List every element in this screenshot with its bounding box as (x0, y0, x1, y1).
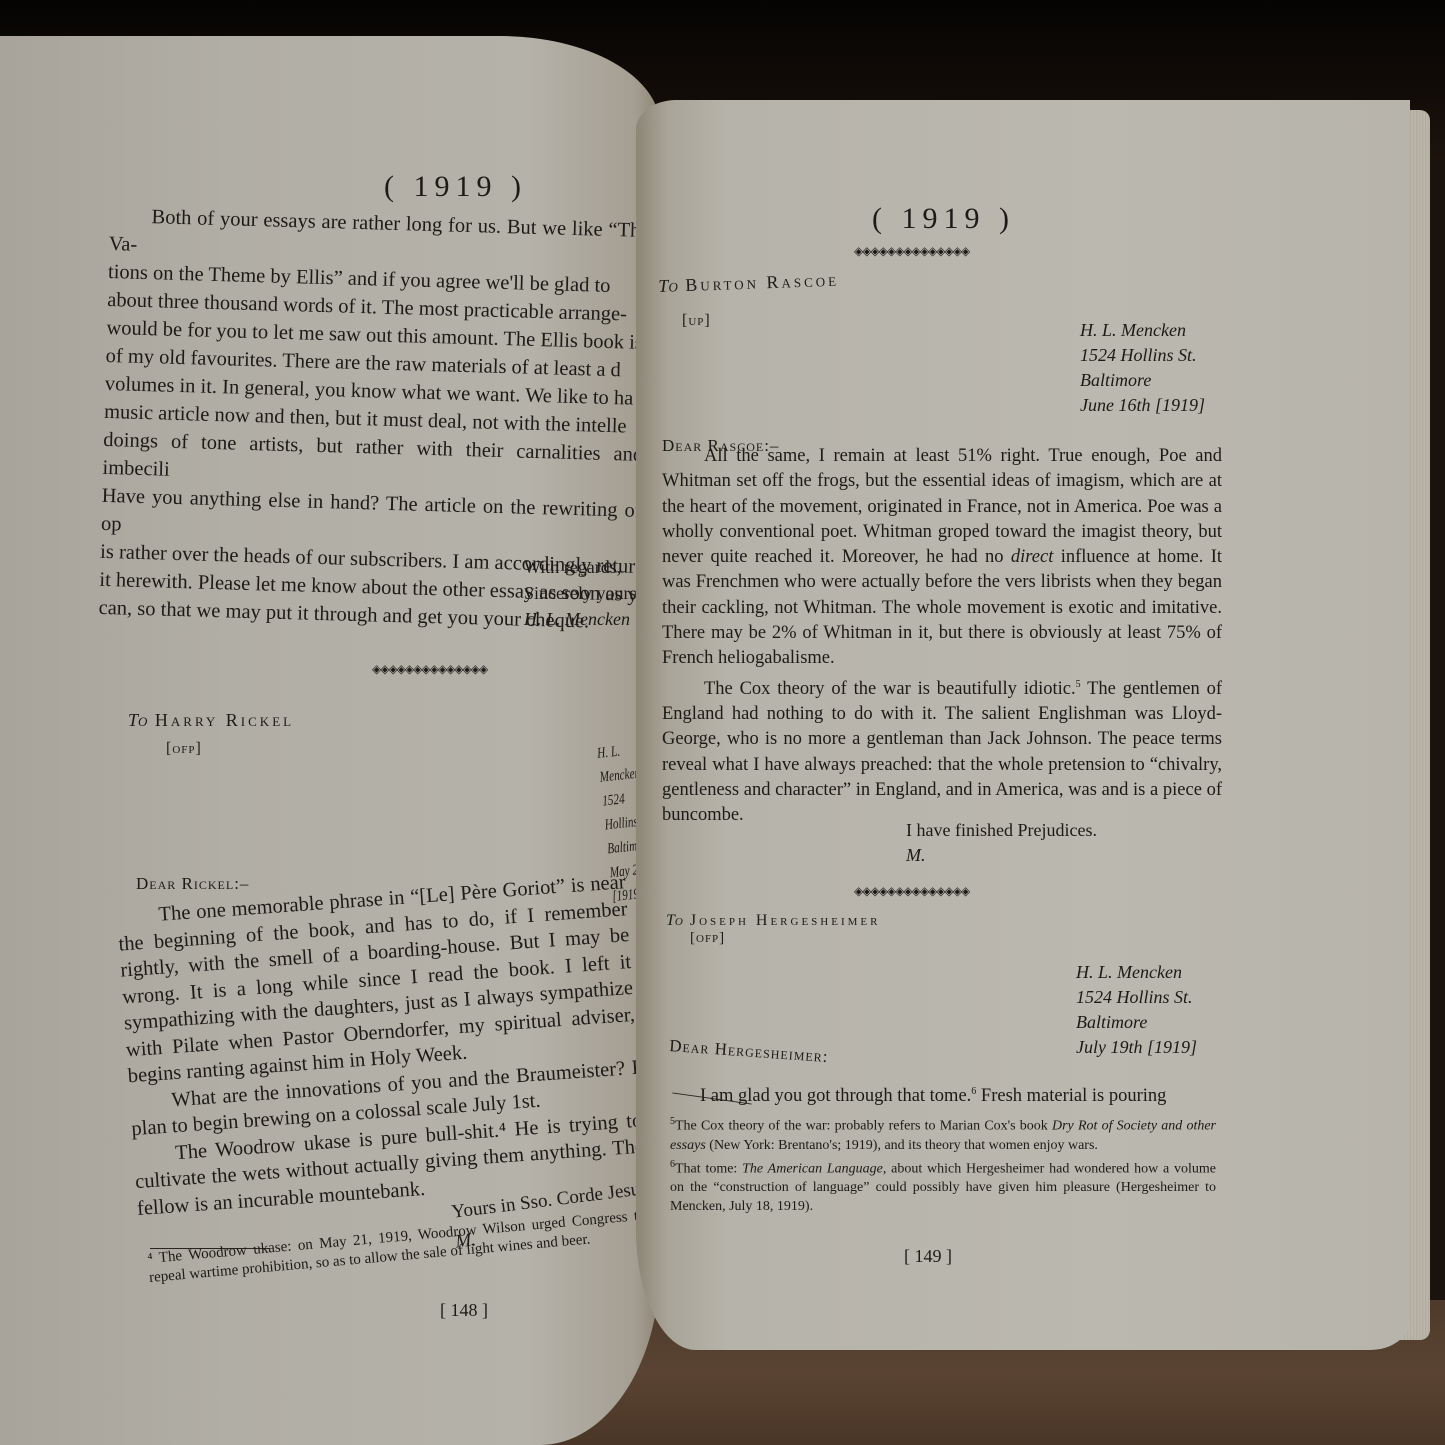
closing-line: I have finished Prejudices. (906, 818, 1097, 843)
source-tag: [up] (682, 312, 711, 330)
sender-line: H. L. Mencken (1080, 318, 1205, 343)
running-head-right: ( 1919 ) (872, 202, 1015, 236)
footnote-6: 6That tome: The American Language, about… (670, 1155, 1216, 1217)
sender-address: H. L. Mencken 1524 Hollins St. Baltimore… (1076, 960, 1197, 1060)
sender-line: 1524 Hollins St. (1076, 985, 1197, 1010)
left-page: ( 1919 ) Both of your essays are rather … (0, 36, 660, 1445)
paragraph: All the same, I remain at least 51% righ… (662, 444, 1222, 672)
sender-line: July 19th [1919] (1076, 1035, 1197, 1060)
salutation: Dear Hergesheimer: (669, 1036, 830, 1067)
right-page: ( 1919 ) ◈◈◈◈◈◈◈◈◈◈◈◈◈◈ To Burton Rascoe… (636, 100, 1410, 1350)
to-prefix: To (658, 275, 678, 296)
sender-line: Baltimore (1080, 368, 1205, 393)
signature: H. L. Mencken (524, 606, 641, 632)
salutation: Dear Rickel:– (136, 874, 249, 894)
ornament-divider-icon: ◈◈◈◈◈◈◈◈◈◈◈◈◈◈ (854, 884, 969, 898)
footnote-4: ⁴ The Woodrow ukase: on May 21, 1919, Wo… (147, 1207, 648, 1288)
letter-body: I am glad you got through that tome.6 Fr… (700, 1078, 1220, 1110)
to-prefix: To (128, 710, 147, 730)
closing-line: With regards, (524, 554, 641, 580)
letter-body: The one memorable phrase in “[Le] Père G… (116, 869, 647, 1222)
page-number-148: [ 148 ] (440, 1300, 488, 1321)
signature: M. (906, 843, 1097, 868)
paragraph: The one memorable phrase in “[Le] Père G… (116, 869, 638, 1090)
addressee-name: Burton Rascoe (685, 270, 839, 295)
paragraph: I am glad you got through that tome.6 Fr… (700, 1078, 1220, 1110)
letter-body: All the same, I remain at least 51% righ… (662, 444, 1222, 829)
ornament-divider-icon: ◈◈◈◈◈◈◈◈◈◈◈◈◈◈ (372, 662, 487, 676)
closing-line: Sincerely yours, (524, 580, 641, 606)
letter-addressee: To Harry Rickel (128, 710, 294, 731)
paragraph: The Cox theory of the war is beautifully… (662, 672, 1222, 829)
source-tag: [ofp] (690, 930, 725, 947)
sender-line: Baltimore (1076, 1010, 1197, 1035)
addressee-name: Joseph Hergesheimer (690, 912, 881, 929)
sender-line: 1524 Hollins St. (1080, 343, 1205, 368)
source-tag: [ofp] (166, 740, 202, 758)
ornament-divider-icon: ◈◈◈◈◈◈◈◈◈◈◈◈◈◈ (854, 244, 969, 258)
sender-line: H. L. Mencken (1076, 960, 1197, 985)
sender-line: June 16th [1919] (1080, 393, 1205, 418)
letter-closing: I have finished Prejudices. M. (906, 818, 1097, 868)
page-number-149: [ 149 ] (904, 1246, 952, 1267)
to-prefix: To (666, 912, 683, 929)
addressee-name: Harry Rickel (155, 710, 294, 730)
letter-addressee: To Joseph Hergesheimer (666, 912, 880, 930)
footnote-text: ⁴ The Woodrow ukase: on May 21, 1919, Wo… (147, 1207, 648, 1288)
running-head-left: ( 1919 ) (384, 170, 527, 204)
letter-closing: With regards, Sincerely yours, H. L. Men… (524, 554, 641, 632)
footnote-5: 5The Cox theory of the war: probably ref… (670, 1112, 1216, 1155)
footnotes: 5The Cox theory of the war: probably ref… (670, 1112, 1216, 1216)
letter-addressee: To Burton Rascoe (658, 270, 839, 297)
sender-address: H. L. Mencken 1524 Hollins St. Baltimore… (1080, 318, 1205, 418)
